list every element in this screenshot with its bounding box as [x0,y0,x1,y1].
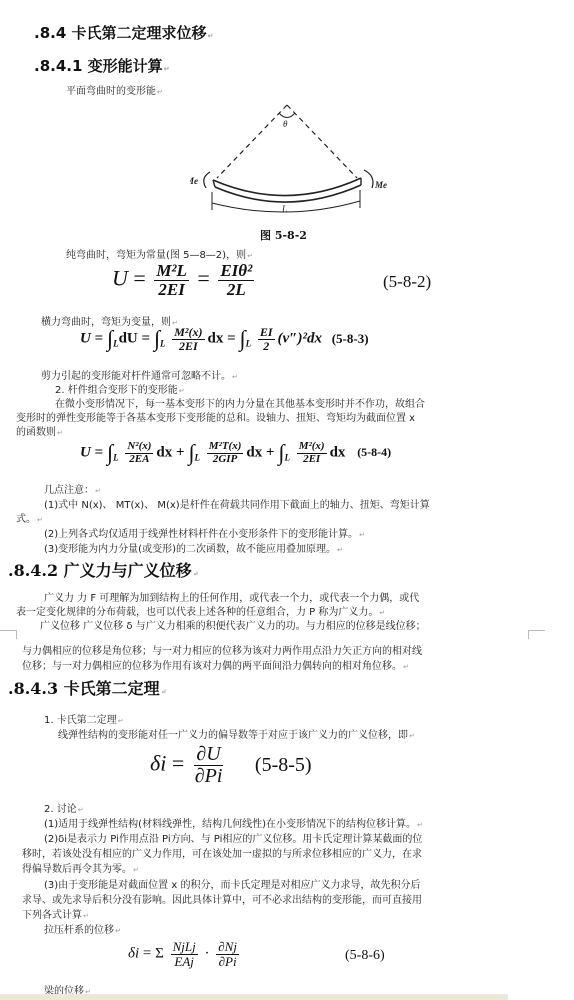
subsection-heading-8-4-3: .8.4.3 卡氏第二定理↵ [8,676,167,699]
pure-bending-label: 纯弯曲时，弯矩为常量(图 5—8—2)，则 [66,250,246,261]
discussion-1: (1)适用于线弹性结构(材料线弹性，结构几何线性)在小变形情况下的结构位移计算。… [44,815,423,830]
theorem-statement: 线弹性结构的变形能对任一广义力的偏导数等于对应于该广义力的广义位移，即↵ [58,726,415,741]
section-heading: .8.4 卡氏第二定理求位移↵ [34,22,213,43]
combined-para-line-2: 变形时的弹性变形能等于各基本变形下变形能的总和。设轴力、扭矩、弯矩均为截面位置 … [16,409,415,424]
figure-caption: 图 5-8-2 [260,227,307,243]
note-2: (2)上列各式均仅适用于线弹性材料杆件在小变形条件下的变形能计算。↵ [44,525,365,540]
page-break-corner-right [528,630,545,639]
equation-5-8-5: δi = ∂U∂Pi (5-8-5) [150,744,312,787]
theorem-title: 1. 卡氏第二定理↵ [44,711,124,726]
svg-text:Me: Me [374,180,387,190]
equation-5-8-3: U = ∫LdU = ∫L M²(x)2EIdx = ∫L EI2(v″)²dx… [80,326,369,352]
equation-5-8-2: U = M²L2EI = EIθ²2L [112,262,257,299]
generalized-force-para-line-2: 表一定变化规律的分布荷载，也可以代表上述各种的任意组合，力 P 称为广义力。↵ [16,603,385,618]
discussion-2-line-1: (2)δi是表示力 Pi作用点沿 Pi方向、与 Pi相应的广义位移。用卡氏定理计… [44,830,422,845]
intro-label: 平面弯曲时的变形能 [66,86,156,97]
section-heading-text: .8.4 卡氏第二定理求位移 [34,24,207,42]
generalized-displacement-line-3: 位移；与一对力偶相应的位移为作用有该对力偶的两平面间沿力偶转向的相对角位移。↵ [22,657,409,672]
svg-text:Me: Me [190,176,198,186]
pure-bending-text: 纯弯曲时，弯矩为常量(图 5—8—2)，则↵ [66,246,253,261]
eq-fraction: EIθ²2L [218,262,254,299]
paragraph-mark: ↵ [157,88,163,96]
bottom-status-strip [0,994,508,1000]
combined-para-line-1: 在微小变形情况下，每一基本变形下的内力分量在其他基本变形时并不作功，故组合 [55,395,425,410]
intro-text: 平面弯曲时的变形能↵ [66,82,163,97]
subsection-title: .8.4.1 变形能计算 [34,57,163,75]
discussion-3-line-1: (3)由于变形能是对截面位置 x 的积分，而卡氏定理是对相应广义力求导，故先积分… [44,876,420,891]
equation-5-8-6: δi = Σ NjLjEAj · ∂Nj∂Pi [128,940,242,968]
discussion-title: 2. 讨论↵ [44,800,84,815]
notes-title: 几点注意：↵ [44,481,101,496]
paragraph-mark: ↵ [208,32,214,40]
equation-5-8-4: U = ∫L N²(x)2EAdx + ∫L M²T(x)2GIPdx + ∫L… [80,440,391,466]
combined-para-line-3: 的函数则↵ [16,423,63,438]
discussion-3-line-2: 求导、或先求导后积分没有影响。因此具体计算中，可不必求出结构的变形能，而可直接用 [22,891,422,906]
svg-text:L: L [281,204,287,214]
truss-displacement-title: 拉压杆系的位移↵ [44,921,121,936]
combined-title: 2. 杆件组合变形下的变形能↵ [55,381,185,396]
generalized-force-para-line-1: 广义力 力 F 可理解为加到结构上的任何作用，或代表一个力，或代表一个力偶，或代 [44,589,419,604]
figure-bent-beam: θ Me Me L [190,100,390,220]
generalized-displacement-line-2: 与力偶相应的位移是角位移；与一对力相应的位移为该对力两作用点沿力矢正方向的相对线 [22,642,422,657]
paragraph-mark: ↵ [247,252,253,260]
equation-number: (5-8-2) [383,272,431,292]
note-1-line-1: (1)式中 N(x)、 MT(x)、 M(x)是杆件在荷载共同作用下截面上的轴力… [44,496,430,511]
note-3: (3)变形能为内力分量(或变形)的二次函数，故不能应用叠加原理。↵ [44,540,343,555]
paragraph-mark: ↵ [164,65,170,73]
discussion-2-line-3: 得偏导数后再令其为零。↵ [22,860,139,875]
theta-label: θ [283,119,288,129]
eq-fraction: M²L2EI [154,262,189,299]
note-1-line-2: 式。↵ [16,510,43,525]
generalized-displacement-line-1: 广义位移 广义位移 δ 与广义力相乘的积便代表广义力的功。与力相应的位移是线位移… [40,617,426,632]
page-break-corner-left [0,630,17,639]
eq-lhs: U [112,265,128,290]
subsection-heading-8-4-1: .8.4.1 变形能计算↵ [34,55,170,76]
subsection-heading-8-4-2: .8.4.2 广义力与广义位移↵ [8,558,199,581]
shear-note: 剪力引起的变形能对杆件通常可忽略不计。↵ [41,367,238,382]
discussion-2-line-2: 移时，若该处没有相应的广义力作用，可在该处加一虚拟的与所求位移相应的广义力，在求 [22,845,422,860]
equation-number-5-8-6: (5-8-6) [345,948,385,964]
discussion-3-line-3: 下列各式计算↵ [22,906,89,921]
